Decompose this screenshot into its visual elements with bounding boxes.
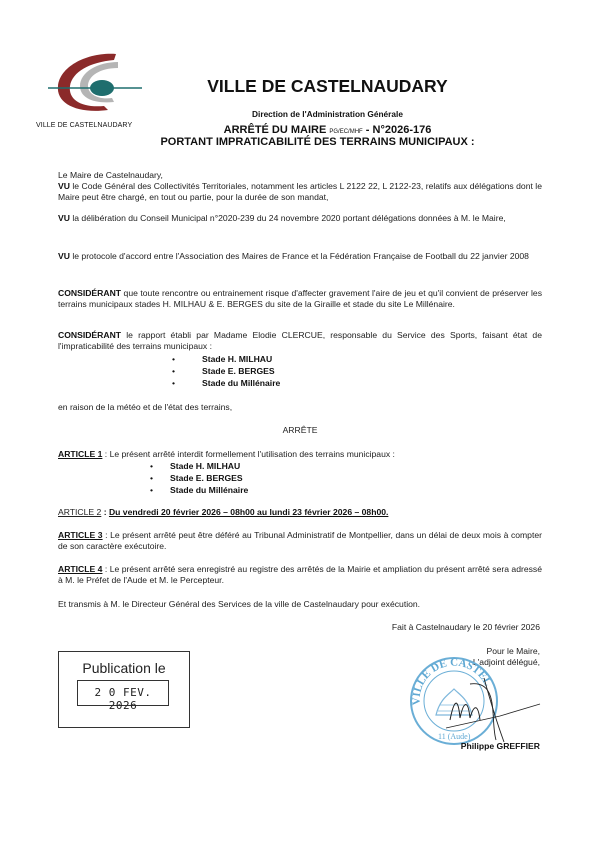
city-title: VILLE DE CASTELNAUDARY: [0, 76, 595, 97]
vu-text: la délibération du Conseil Municipal n°2…: [70, 213, 506, 223]
transmission-text: Et transmis à M. le Directeur Général de…: [58, 599, 542, 610]
reason-text: en raison de la météo et de l'état des t…: [58, 402, 542, 413]
vu-label: VU: [58, 213, 70, 223]
stadium-name: Stade E. BERGES: [202, 366, 275, 376]
article-label: ARTICLE 1: [58, 449, 102, 459]
vu-protocole: VU le protocole d'accord entre l'Associa…: [58, 251, 542, 262]
publication-date: 2 0 FEV. 2026: [78, 686, 168, 712]
article-separator: :: [101, 507, 109, 517]
article-2: ARTICLE 2 : Du vendredi 20 février 2026 …: [58, 507, 542, 518]
list-item: •Stade du Millénaire: [172, 377, 280, 389]
article-1: ARTICLE 1 : Le présent arrêté interdit f…: [58, 449, 542, 460]
list-item: •Stade H. MILHAU: [172, 353, 280, 365]
publication-date-box: 2 0 FEV. 2026: [77, 680, 169, 706]
list-item: •Stade du Millénaire: [150, 484, 248, 496]
stadium-name: Stade du Millénaire: [170, 485, 248, 495]
article-text: Du vendredi 20 février 2026 – 08h00 au l…: [109, 507, 388, 517]
vu-deliberation: VU la délibération du Conseil Municipal …: [58, 213, 542, 224]
vu-cgct: VU le Code Général des Collectivités Ter…: [58, 181, 542, 203]
article-3: ARTICLE 3 : Le présent arrêté peut être …: [58, 530, 542, 552]
bullet-icon: •: [172, 365, 202, 377]
bullet-icon: •: [172, 377, 202, 389]
considerant-text: le rapport établi par Madame Elodie CLER…: [58, 330, 542, 351]
considerant-1: CONSIDÉRANT que toute rencontre ou entra…: [58, 288, 542, 310]
signatory-name-text: Philippe GREFFIER: [461, 741, 540, 751]
vu-text: le protocole d'accord entre l'Associatio…: [70, 251, 529, 261]
article-text: : Le présent arrêté interdit formellemen…: [102, 449, 395, 459]
signature-icon: [440, 660, 550, 750]
stadium-list-considerant: •Stade H. MILHAU •Stade E. BERGES •Stade…: [172, 353, 280, 389]
article-4: ARTICLE 4 : Le présent arrêté sera enreg…: [58, 564, 542, 586]
stadium-list-article1: •Stade H. MILHAU •Stade E. BERGES •Stade…: [150, 460, 248, 496]
stadium-name: Stade H. MILHAU: [170, 461, 240, 471]
publication-label: Publication le: [59, 660, 189, 676]
publication-stamp: Publication le 2 0 FEV. 2026: [58, 651, 190, 728]
arrete-prefix: ARRÊTÉ DU MAIRE: [224, 124, 330, 136]
mayor-intro: Le Maire de Castelnaudary,: [58, 170, 542, 181]
bullet-icon: •: [150, 472, 170, 484]
signatory-name: Philippe GREFFIER: [400, 741, 540, 752]
arrete-ref-code: PG/EC/MHF: [329, 129, 362, 135]
vu-label: VU: [58, 181, 70, 191]
considerant-2: CONSIDÉRANT le rapport établi par Madame…: [58, 330, 542, 352]
handwritten-signature: [440, 660, 550, 750]
bullet-icon: •: [150, 484, 170, 496]
arrete-subject: PORTANT IMPRATICABILITÉ DES TERRAINS MUN…: [0, 136, 595, 148]
list-item: •Stade H. MILHAU: [150, 460, 248, 472]
vu-text: le Code Général des Collectivités Territ…: [58, 181, 542, 202]
bullet-icon: •: [172, 353, 202, 365]
article-label: ARTICLE 4: [58, 564, 102, 574]
arrete-number: - N°2026-176: [363, 124, 432, 136]
stadium-name: Stade H. MILHAU: [202, 354, 272, 364]
stadium-name: Stade E. BERGES: [170, 473, 243, 483]
bullet-icon: •: [150, 460, 170, 472]
article-text: : Le présent arrêté peut être déféré au …: [58, 530, 542, 551]
article-label: ARTICLE 3: [58, 530, 103, 540]
arrete-heading: ARRÊTE: [58, 425, 542, 436]
considerant-text: que toute rencontre ou entrainement risq…: [58, 288, 542, 309]
article-label: ARTICLE 2: [58, 507, 101, 517]
arrete-reference: ARRÊTÉ DU MAIRE PG/EC/MHF - N°2026-176: [0, 124, 595, 136]
list-item: •Stade E. BERGES: [172, 365, 280, 377]
considerant-label: CONSIDÉRANT: [58, 330, 121, 340]
vu-label: VU: [58, 251, 70, 261]
direction-label: Direction de l'Administration Générale: [0, 109, 595, 119]
considerant-label: CONSIDÉRANT: [58, 288, 121, 298]
article-text: : Le présent arrêté sera enregistré au r…: [58, 564, 542, 585]
place-date: Fait à Castelnaudary le 20 février 2026: [300, 622, 540, 633]
preamble-intro: Le Maire de Castelnaudary, VU le Code Gé…: [58, 170, 542, 203]
stadium-name: Stade du Millénaire: [202, 378, 280, 388]
list-item: •Stade E. BERGES: [150, 472, 248, 484]
